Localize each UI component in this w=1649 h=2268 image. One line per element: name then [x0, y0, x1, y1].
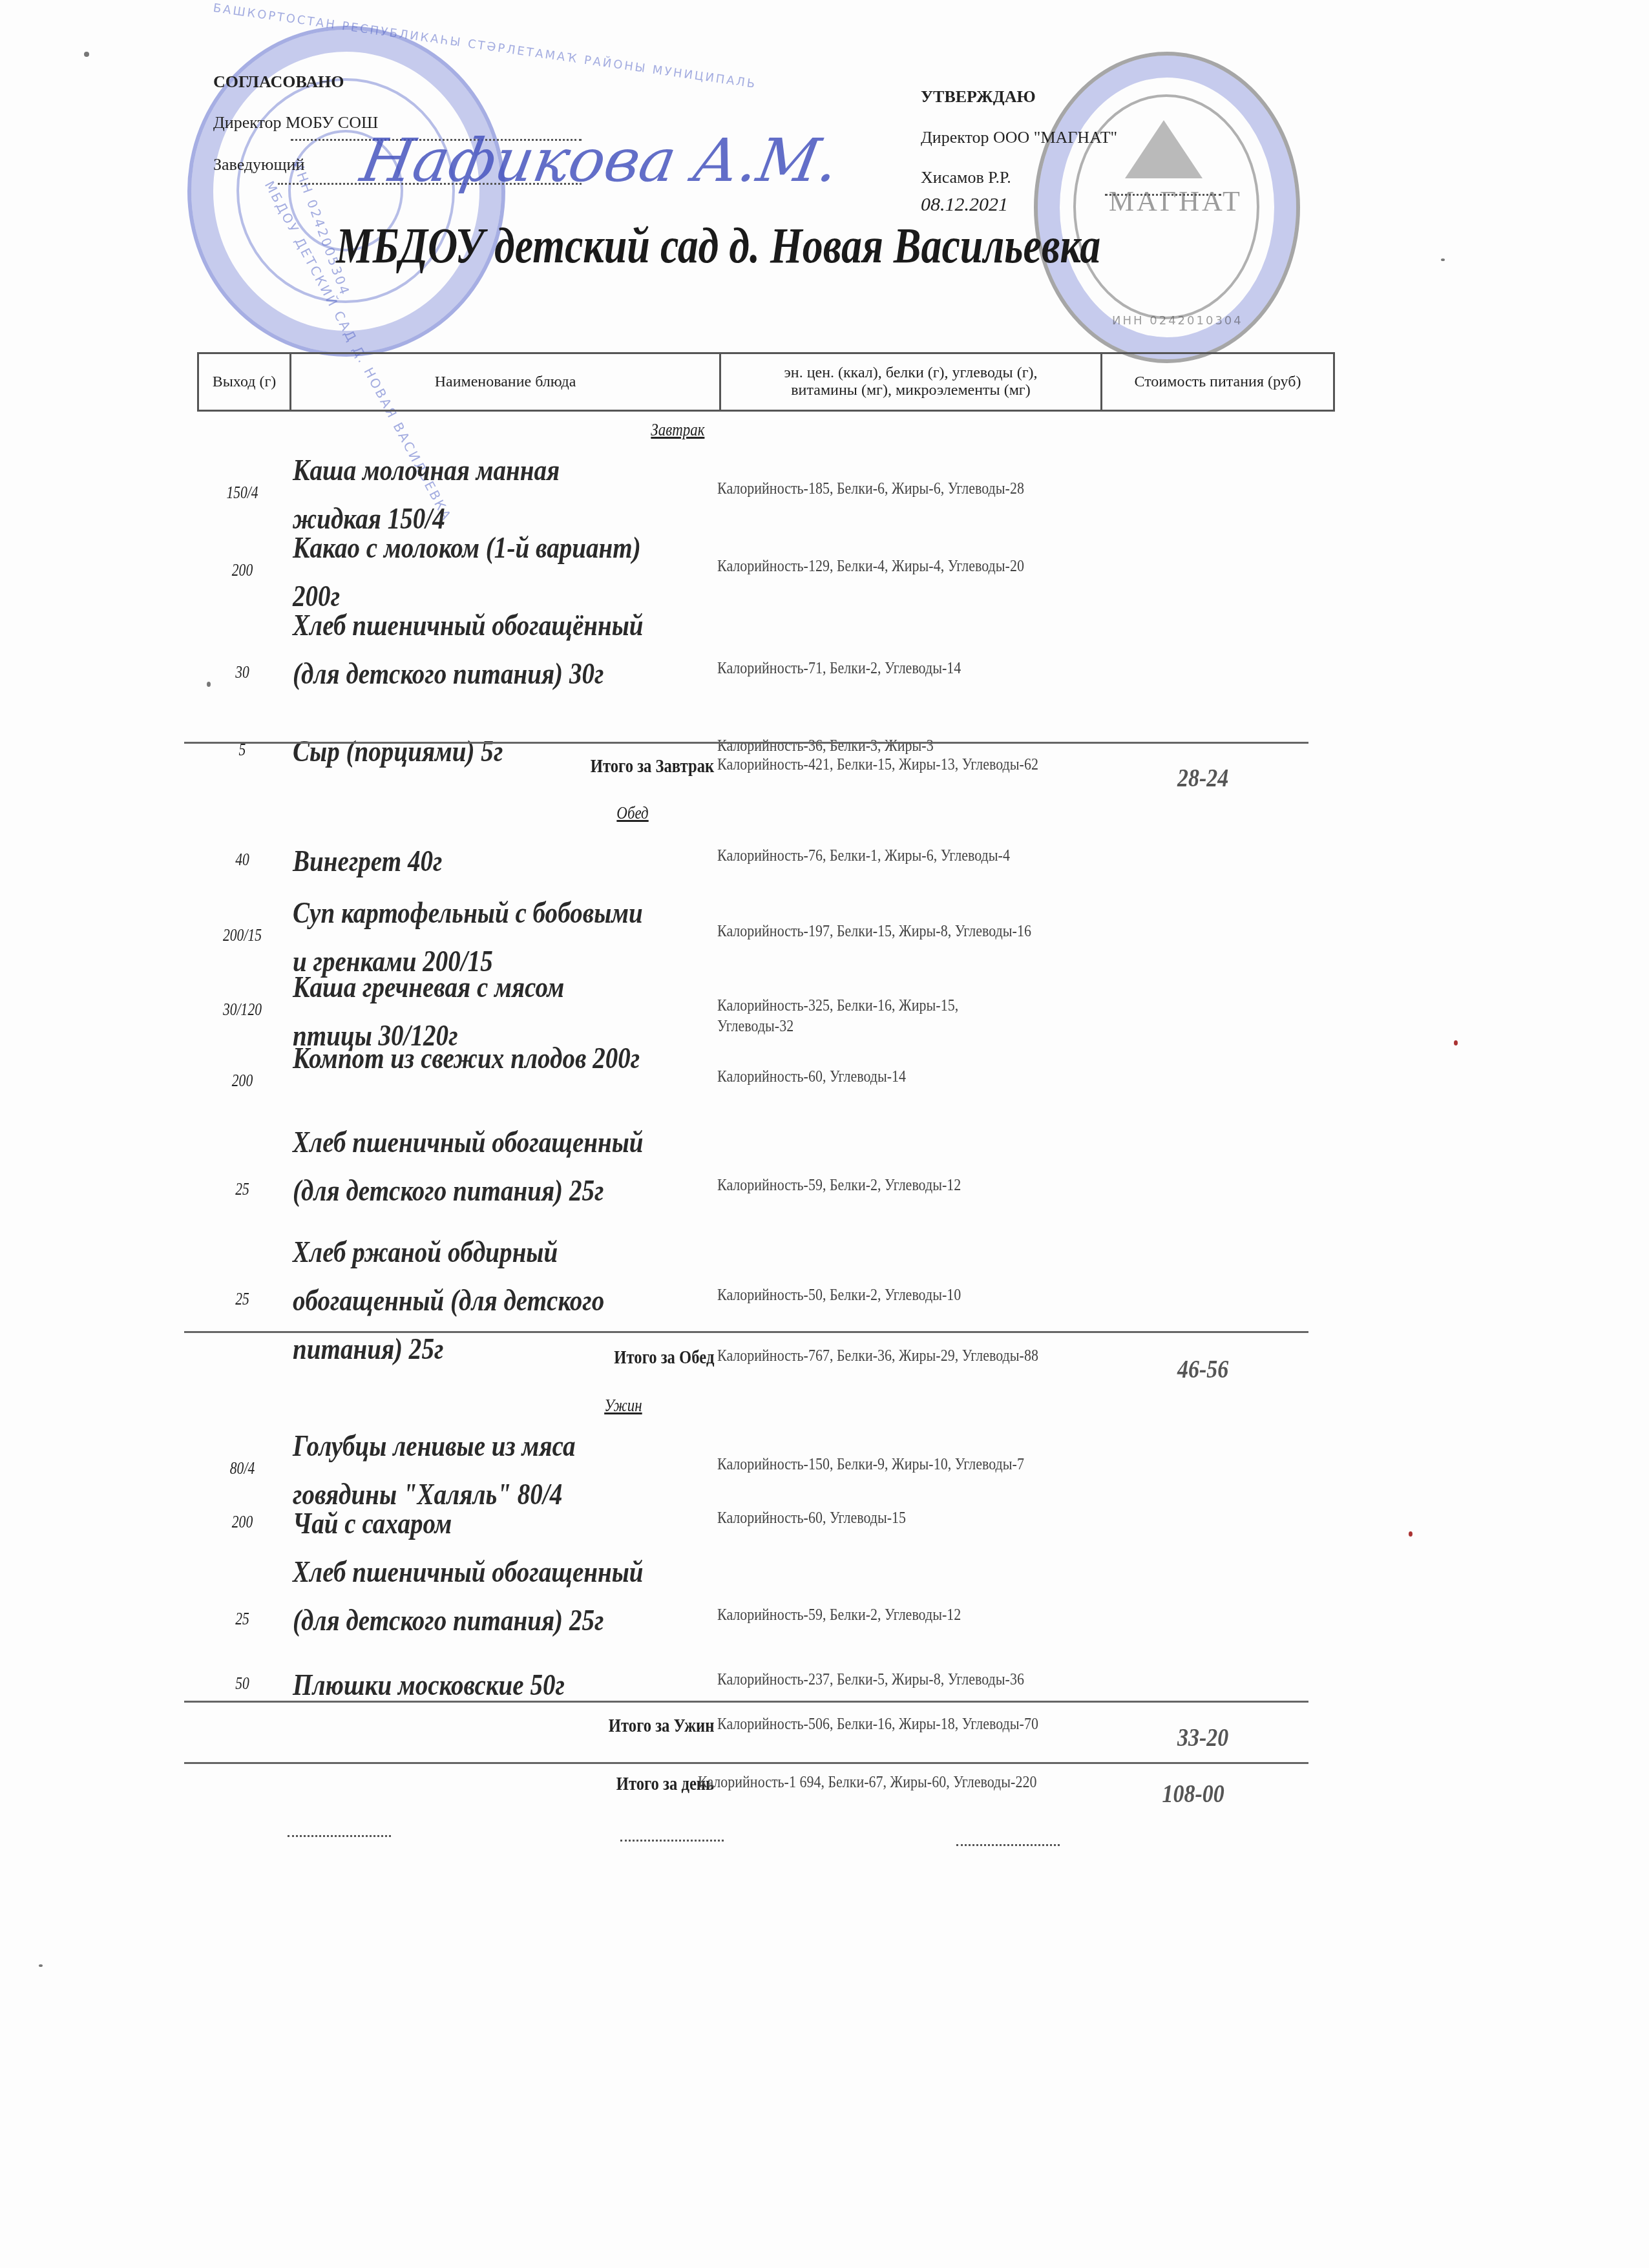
meal-section-title: Обед	[616, 803, 648, 823]
mountain-logo-icon	[1125, 120, 1203, 178]
item-yield: 80/4	[206, 1458, 278, 1478]
item-dish-name: Винегрет 40г	[293, 837, 644, 885]
item-yield: 30	[206, 662, 278, 682]
col-nutrition-header: эн. цен. (ккал), белки (г), углеводы (г)…	[720, 353, 1102, 411]
section-divider	[184, 1701, 1308, 1703]
item-nutrition: Калорийность-60, Углеводы-14	[717, 1067, 1036, 1087]
col-nutrition-header-line2: витамины (мг), микроэлементы (мг)	[725, 382, 1097, 399]
menu-table-header: Выход (г) Наименование блюда эн. цен. (к…	[197, 352, 1335, 412]
approval-right-title: УТВЕРЖДАЮ	[921, 87, 1036, 107]
item-dish-name: Хлеб ржаной обдирный обогащенный (для де…	[293, 1228, 644, 1373]
scan-speck	[1454, 1040, 1458, 1045]
scan-speck	[207, 682, 211, 687]
item-nutrition: Калорийность-60, Углеводы-15	[717, 1508, 1036, 1529]
item-dish-name: Чай с сахаром	[293, 1499, 644, 1548]
signature-line	[956, 1844, 1060, 1846]
col-nutrition-header-line1: эн. цен. (ккал), белки (г), углеводы (г)…	[725, 364, 1097, 382]
item-yield: 40	[206, 850, 278, 870]
signature-line	[1105, 194, 1221, 196]
scan-speck	[39, 1964, 43, 1967]
item-nutrition: Калорийность-50, Белки-2, Углеводы-10	[717, 1285, 1036, 1306]
item-yield: 150/4	[206, 483, 278, 503]
signature-line	[620, 1840, 724, 1842]
scan-speck	[1441, 258, 1445, 261]
item-yield: 25	[206, 1179, 278, 1199]
item-dish-name: Хлеб пшеничный обогащенный (для детского…	[293, 1548, 644, 1644]
meal-section-title: Ужин	[604, 1396, 642, 1416]
col-cost-header: Стоимость питания (руб)	[1102, 353, 1334, 411]
meal-total-cost: 46-56	[1177, 1354, 1228, 1384]
item-yield: 25	[206, 1609, 278, 1629]
approval-right-name: Хисамов Р.Р.	[921, 168, 1011, 187]
item-yield: 50	[206, 1674, 278, 1694]
item-nutrition: Калорийность-237, Белки-5, Жиры-8, Углев…	[717, 1670, 1036, 1690]
item-nutrition: Калорийность-71, Белки-2, Углеводы-14	[717, 658, 1036, 679]
item-yield: 30/120	[206, 1000, 278, 1020]
meal-total-cost: 28-24	[1177, 762, 1228, 793]
meal-total-nutrition: Калорийность-506, Белки-16, Жиры-18, Угл…	[717, 1714, 1058, 1735]
approval-left-role: Заведующий	[213, 155, 304, 174]
item-yield: 200/15	[206, 925, 278, 945]
approval-right-date: 08.12.2021	[921, 194, 1008, 216]
menu-item-row: 200Компот из свежих плодов 200гКалорийно…	[197, 1034, 1334, 1131]
meal-total-label: Итого за Ужин	[608, 1716, 714, 1737]
approval-right-position: Директор ООО "МАГНАТ"	[921, 128, 1117, 147]
document-title: МБДОУ детский сад д. Новая Васильевка	[336, 216, 1100, 275]
approval-left-position: Директор МОБУ СОШ	[213, 113, 378, 132]
day-total-cost: 108-00	[1162, 1778, 1224, 1809]
meal-total-nutrition: Калорийность-421, Белки-15, Жиры-13, Угл…	[717, 755, 1058, 775]
section-divider	[184, 1762, 1308, 1764]
col-dish-header: Наименование блюда	[291, 353, 720, 411]
item-yield: 200	[206, 1512, 278, 1532]
item-dish-name: Хлеб пшеничный обогащенный (для детского…	[293, 1118, 644, 1215]
item-nutrition: Калорийность-325, Белки-16, Жиры-15, Угл…	[717, 996, 1036, 1037]
section-divider	[184, 742, 1308, 744]
scan-speck	[1409, 1531, 1413, 1537]
handwritten-signature: Нафикова А.М.	[356, 126, 845, 195]
meal-total-label: Итого за Обед	[614, 1347, 714, 1369]
item-nutrition: Калорийность-129, Белки-4, Жиры-4, Углев…	[717, 556, 1036, 577]
meal-section-title: Завтрак	[651, 420, 704, 440]
item-yield: 200	[206, 560, 278, 580]
approval-left-title: СОГЛАСОВАНО	[213, 72, 344, 92]
stamp-inn-text: ИНН 0242010304	[1112, 314, 1243, 328]
signature-line	[288, 1835, 391, 1837]
item-yield: 200	[206, 1071, 278, 1091]
section-divider	[184, 1331, 1308, 1333]
scan-speck	[84, 52, 89, 57]
menu-item-row: 30Хлеб пшеничный обогащённый (для детско…	[197, 601, 1334, 746]
item-nutrition: Калорийность-197, Белки-15, Жиры-8, Угле…	[717, 921, 1036, 942]
item-nutrition: Калорийность-59, Белки-2, Углеводы-12	[717, 1605, 1036, 1626]
right-stamp: МАГНАТ ИНН 0242010304	[1034, 52, 1300, 363]
col-yield-header: Выход (г)	[198, 353, 291, 411]
day-total-nutrition: Калорийность-1 694, Белки-67, Жиры-60, У…	[698, 1772, 1039, 1793]
item-nutrition: Калорийность-36, Белки-3, Жиры-3	[717, 736, 1036, 757]
meal-total-cost: 33-20	[1177, 1722, 1228, 1752]
item-dish-name: Компот из свежих плодов 200г	[293, 1034, 644, 1082]
menu-item-row: 200Чай с сахаромКалорийность-60, Углевод…	[197, 1499, 1334, 1548]
item-dish-name: Хлеб пшеничный обогащённый (для детского…	[293, 601, 644, 698]
item-yield: 25	[206, 1289, 278, 1309]
menu-item-row: 40Винегрет 40гКалорийность-76, Белки-1, …	[197, 837, 1334, 885]
meal-total-label: Итого за Завтрак	[591, 756, 714, 777]
stamp-company-name: МАГНАТ	[1109, 185, 1243, 218]
item-nutrition: Калорийность-59, Белки-2, Углеводы-12	[717, 1175, 1036, 1196]
item-nutrition: Калорийность-185, Белки-6, Жиры-6, Углев…	[717, 479, 1036, 499]
item-nutrition: Калорийность-76, Белки-1, Жиры-6, Углево…	[717, 846, 1036, 866]
meal-total-nutrition: Калорийность-767, Белки-36, Жиры-29, Угл…	[717, 1346, 1058, 1367]
item-nutrition: Калорийность-150, Белки-9, Жиры-10, Угле…	[717, 1454, 1036, 1475]
